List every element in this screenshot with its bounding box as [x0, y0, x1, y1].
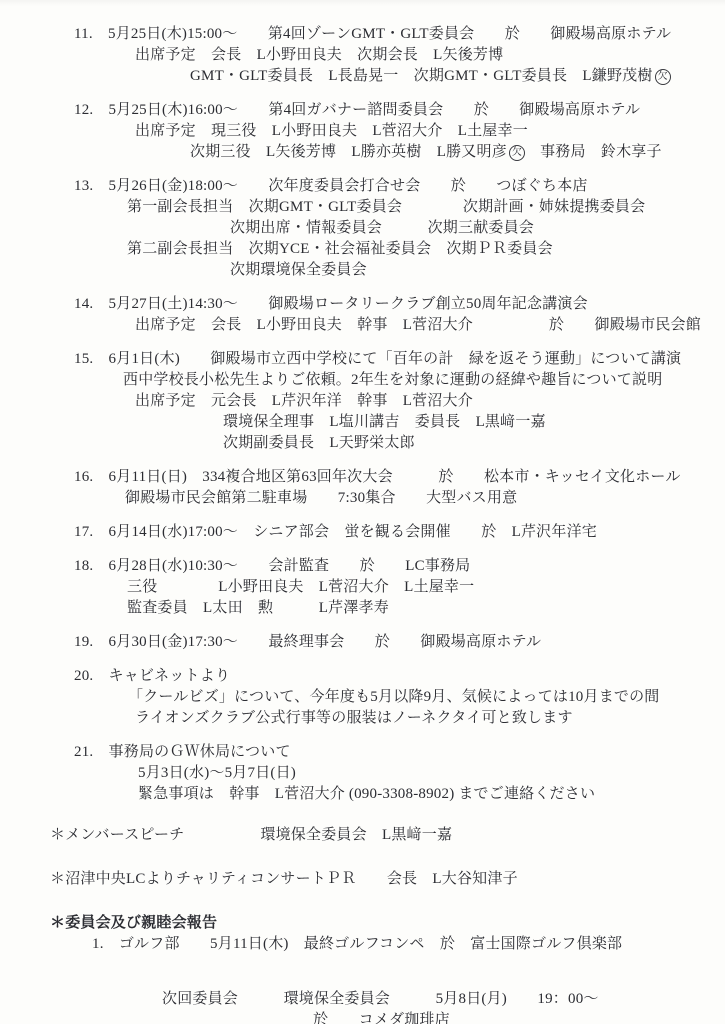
absent-mark-icon: 欠 [509, 145, 525, 161]
absent-mark-icon: 欠 [655, 69, 671, 85]
document-line: 次期出席・情報委員会 次期三献委員会 [230, 218, 725, 239]
document-line: 出席予定 現三役 L小野田良夫 L菅沼大介 L土屋幸一 [135, 121, 725, 142]
document-line: ライオンズクラブ公式行事等の服装はノーネクタイ可と致します [135, 708, 725, 729]
document-line: 第一副会長担当 次期GMT・GLT委員会 次期計画・姉妹提携委員会 [127, 197, 725, 218]
document-line: 三役 L小野田良夫 L菅沼大介 L土屋幸一 [127, 577, 725, 598]
agenda-item-19: 19. 6月30日(金)17:30～ 最終理事会 於 御殿場高原ホテル [0, 632, 725, 653]
agenda-item-15: 15. 6月1日(木) 御殿場市立西中学校にて「百年の計 緑を返そう運動」につい… [0, 349, 725, 454]
document-line: 第二副会長担当 次期YCE・社会福祉委員会 次期ＰＲ委員会 [127, 239, 725, 260]
document-line: 1. ゴルフ部 5月11日(木) 最終ゴルフコンペ 於 富士国際ゴルフ倶楽部 [92, 934, 725, 955]
document-line: 21. 事務局のＧＷ休局について [74, 742, 725, 763]
agenda-item-17: 17. 6月14日(水)17:00～ シニア部会 蛍を観る会開催 於 L芹沢年洋… [0, 522, 725, 543]
document-line: ＊沼津中央LCよりチャリティコンサートＰＲ 会長 L大谷知津子 [50, 869, 725, 890]
document-line: 出席予定 会長 L小野田良夫 次期会長 L矢後芳博 [135, 45, 725, 66]
agenda-item-12: 12. 5月25日(木)16:00～ 第4回ガバナー諮問委員会 於 御殿場高原ホ… [0, 100, 725, 163]
scanned-document-page: 11. 5月25日(木)15:00～ 第4回ゾーンGMT・GLT委員会 於 御殿… [0, 0, 725, 1024]
agenda-document-body: 11. 5月25日(木)15:00～ 第4回ゾーンGMT・GLT委員会 於 御殿… [0, 0, 725, 1024]
document-line: 次期副委員長 L天野栄太郎 [223, 433, 725, 454]
document-line: 次回委員会 環境保全委員会 5月8日(月) 19：00～ [162, 989, 725, 1010]
document-line: 20. キャビネットより [74, 666, 725, 687]
document-line: GMT・GLT委員長 L長島晃一 次期GMT・GLT委員長 L鎌野茂樹欠 [190, 66, 725, 87]
document-line: 監査委員 L太田 勲 L芹澤孝寿 [127, 598, 725, 619]
committee-reports: ＊委員会及び親睦会報告1. ゴルフ部 5月11日(木) 最終ゴルフコンペ 於 富… [0, 913, 725, 955]
document-line: 5月3日(水)～5月7日(日) [138, 763, 725, 784]
next-meeting-footer: 次回委員会 環境保全委員会 5月8日(月) 19：00～於 コメダ珈琲店 [0, 989, 725, 1024]
agenda-item-14: 14. 5月27日(土)14:30～ 御殿場ロータリークラブ創立50周年記念講演… [0, 294, 725, 336]
document-line: 19. 6月30日(金)17:30～ 最終理事会 於 御殿場高原ホテル [74, 632, 725, 653]
agenda-item-13: 13. 5月26日(金)18:00～ 次年度委員会打合せ会 於 つぼぐち本店第一… [0, 176, 725, 281]
document-line: 緊急事項は 幹事 L菅沼大介 (090-3308-8902) までご連絡ください [138, 784, 725, 805]
document-line: 御殿場市民会館第二駐車場 7:30集合 大型バス用意 [125, 488, 725, 509]
agenda-item-11: 11. 5月25日(木)15:00～ 第4回ゾーンGMT・GLT委員会 於 御殿… [0, 24, 725, 87]
agenda-item-20: 20. キャビネットより「クールビズ」について、今年度も5月以降9月、気候によっ… [0, 666, 725, 729]
document-line: 次期環境保全委員会 [230, 260, 725, 281]
document-line: 15. 6月1日(木) 御殿場市立西中学校にて「百年の計 緑を返そう運動」につい… [74, 349, 725, 370]
document-line: 11. 5月25日(木)15:00～ 第4回ゾーンGMT・GLT委員会 於 御殿… [74, 24, 725, 45]
document-line: 14. 5月27日(土)14:30～ 御殿場ロータリークラブ創立50周年記念講演… [74, 294, 725, 315]
document-line: 16. 6月11日(日) 334複合地区第63回年次大会 於 松本市・キッセイ文… [74, 467, 725, 488]
document-line: 於 コメダ珈琲店 [313, 1010, 725, 1024]
agenda-item-18: 18. 6月28日(水)10:30～ 会計監査 於 LC事務局三役 L小野田良夫… [0, 556, 725, 619]
document-line: 12. 5月25日(木)16:00～ 第4回ガバナー諮問委員会 於 御殿場高原ホ… [74, 100, 725, 121]
agenda-item-16: 16. 6月11日(日) 334複合地区第63回年次大会 於 松本市・キッセイ文… [0, 467, 725, 509]
document-line: 出席予定 会長 L小野田良夫 幹事 L菅沼大介 於 御殿場市民会館 [135, 315, 725, 336]
document-line: 18. 6月28日(水)10:30～ 会計監査 於 LC事務局 [74, 556, 725, 577]
numazu-chuo-lc-pr: ＊沼津中央LCよりチャリティコンサートＰＲ 会長 L大谷知津子 [0, 869, 725, 890]
document-line: 17. 6月14日(水)17:00～ シニア部会 蛍を観る会開催 於 L芹沢年洋… [74, 522, 725, 543]
document-line: 西中学校長小松先生よりご依頼。2年生を対象に運動の経緯や趣旨について説明 [123, 370, 725, 391]
document-line: 次期三役 L矢後芳博 L勝亦英樹 L勝又明彦欠 事務局 鈴木享子 [190, 142, 725, 163]
agenda-item-21: 21. 事務局のＧＷ休局について5月3日(水)～5月7日(日)緊急事項は 幹事 … [0, 742, 725, 805]
document-line: 出席予定 元会長 L芹沢年洋 幹事 L菅沼大介 [135, 391, 725, 412]
document-line: ＊メンバースピーチ 環境保全委員会 L黒﨑一嘉 [50, 825, 725, 846]
member-speech: ＊メンバースピーチ 環境保全委員会 L黒﨑一嘉 [0, 825, 725, 846]
document-line: 環境保全理事 L塩川講吉 委員長 L黒﨑一嘉 [223, 412, 725, 433]
document-line: 13. 5月26日(金)18:00～ 次年度委員会打合せ会 於 つぼぐち本店 [74, 176, 725, 197]
document-line: 「クールビズ」について、今年度も5月以降9月、気候によっては10月までの間 [128, 687, 725, 708]
document-line: ＊委員会及び親睦会報告 [50, 913, 725, 934]
